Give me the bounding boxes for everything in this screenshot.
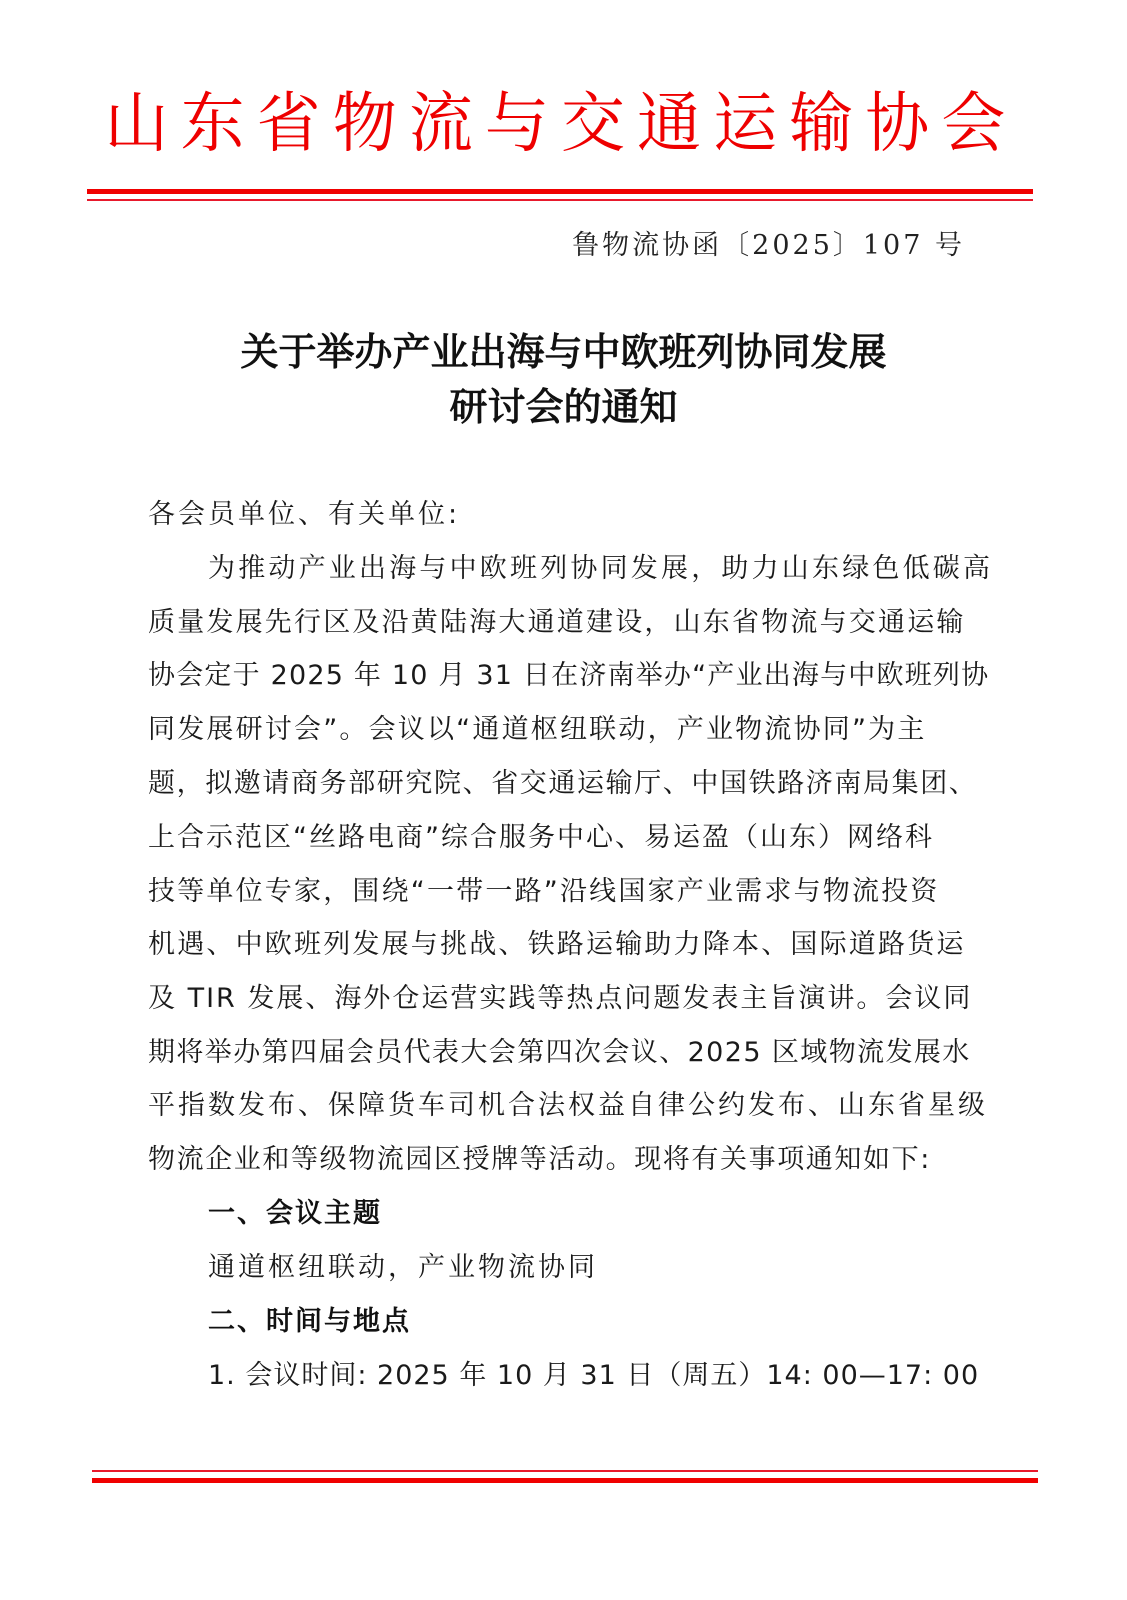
- body-line: 物流企业和等级物流园区授牌等活动。现将有关事项通知如下:: [148, 1140, 970, 1180]
- body-line-text: 及 TIR 发展、海外仓运营实践等热点问题发表主旨演讲。会议同: [148, 979, 972, 1019]
- body-line-text: 技等单位专家，围绕“一带一路”沿线国家产业需求与物流投资: [148, 872, 940, 912]
- letterhead-char: 物: [328, 83, 401, 165]
- body-line-text: 题，拟邀请商务部研究院、省交通运输厅、中国铁路济南局集团、: [148, 764, 977, 804]
- document-title-line1: 关于举办产业出海与中欧班列协同发展: [0, 326, 1127, 378]
- body-line: 技等单位专家，围绕“一带一路”沿线国家产业需求与物流投资: [148, 872, 970, 912]
- body-line-text: 平指数发布、保障货车司机合法权益自律公约发布、山东省星级: [148, 1086, 988, 1126]
- body-line: 上合示范区“丝路电商”综合服务中心、易运盈（山东）网络科: [148, 818, 970, 858]
- body-line-text: 物流企业和等级物流园区授牌等活动。现将有关事项通知如下:: [148, 1140, 931, 1180]
- body-line: 同发展研讨会”。会议以“通道枢纽联动，产业物流协同”为主: [148, 710, 970, 750]
- body-line: 期将举办第四届会员代表大会第四次会议、2025 区域物流发展水: [148, 1033, 970, 1073]
- letterhead-char: 流: [404, 83, 477, 165]
- letterhead-char: 运: [709, 83, 782, 165]
- header-rule-thick: [87, 189, 1033, 194]
- letterhead-char: 山: [100, 83, 173, 165]
- body-line: 及 TIR 发展、海外仓运营实践等热点问题发表主旨演讲。会议同: [148, 979, 970, 1019]
- section2-heading: 二、时间与地点: [208, 1302, 411, 1342]
- body-line-text: 质量发展先行区及沿黄陆海大通道建设，山东省物流与交通运输: [148, 603, 966, 643]
- body-line-text: 协会定于 2025 年 10 月 31 日在济南举办“产业出海与中欧班列协: [148, 656, 989, 696]
- body-line-text: 为推动产业出海与中欧班列协同发展，助力山东绿色低碳高: [208, 549, 993, 589]
- letterhead-char: 会: [937, 83, 1010, 165]
- section1-heading: 一、会议主题: [208, 1194, 382, 1234]
- org-letterhead: 山 东 省 物 流 与 交 通 运 输 协 会: [100, 84, 1010, 164]
- letterhead-char: 协: [861, 83, 934, 165]
- letterhead-char: 通: [633, 83, 706, 165]
- document-title-line2: 研讨会的通知: [0, 381, 1127, 433]
- letterhead-char: 交: [556, 83, 629, 165]
- letterhead-char: 输: [785, 83, 858, 165]
- body-line: 平指数发布、保障货车司机合法权益自律公约发布、山东省星级: [148, 1086, 970, 1126]
- body-line-text: 同发展研讨会”。会议以“通道枢纽联动，产业物流协同”为主: [148, 710, 927, 750]
- letterhead-char: 省: [252, 83, 325, 165]
- document-number: 鲁物流协函〔2025〕107 号: [572, 228, 965, 264]
- footer-rule-thick: [92, 1478, 1038, 1483]
- body-line: 质量发展先行区及沿黄陆海大通道建设，山东省物流与交通运输: [148, 603, 970, 643]
- body-line: 题，拟邀请商务部研究院、省交通运输厅、中国铁路济南局集团、: [148, 764, 970, 804]
- footer-rule-thin: [92, 1470, 1038, 1472]
- body-line-text: 期将举办第四届会员代表大会第四次会议、2025 区域物流发展水: [148, 1033, 971, 1073]
- body-line: 机遇、中欧班列发展与挑战、铁路运输助力降本、国际道路货运: [148, 925, 970, 965]
- letterhead-char: 东: [176, 83, 249, 165]
- header-rule-thin: [87, 199, 1033, 201]
- letterhead-char: 与: [480, 83, 553, 165]
- document-page: 山 东 省 物 流 与 交 通 运 输 协 会 鲁物流协函〔2025〕107 号…: [0, 0, 1127, 1600]
- section2-item1: 1. 会议时间: 2025 年 10 月 31 日（周五）14: 00—17: …: [208, 1356, 979, 1396]
- body-line-text: 上合示范区“丝路电商”综合服务中心、易运盈（山东）网络科: [148, 818, 934, 858]
- body-line-text: 机遇、中欧班列发展与挑战、铁路运输助力降本、国际道路货运: [148, 925, 966, 965]
- body-line: 协会定于 2025 年 10 月 31 日在济南举办“产业出海与中欧班列协: [148, 656, 970, 696]
- salutation: 各会员单位、有关单位:: [148, 495, 970, 535]
- body-line: 为推动产业出海与中欧班列协同发展，助力山东绿色低碳高: [208, 549, 970, 589]
- section1-text: 通道枢纽联动，产业物流协同: [208, 1248, 598, 1288]
